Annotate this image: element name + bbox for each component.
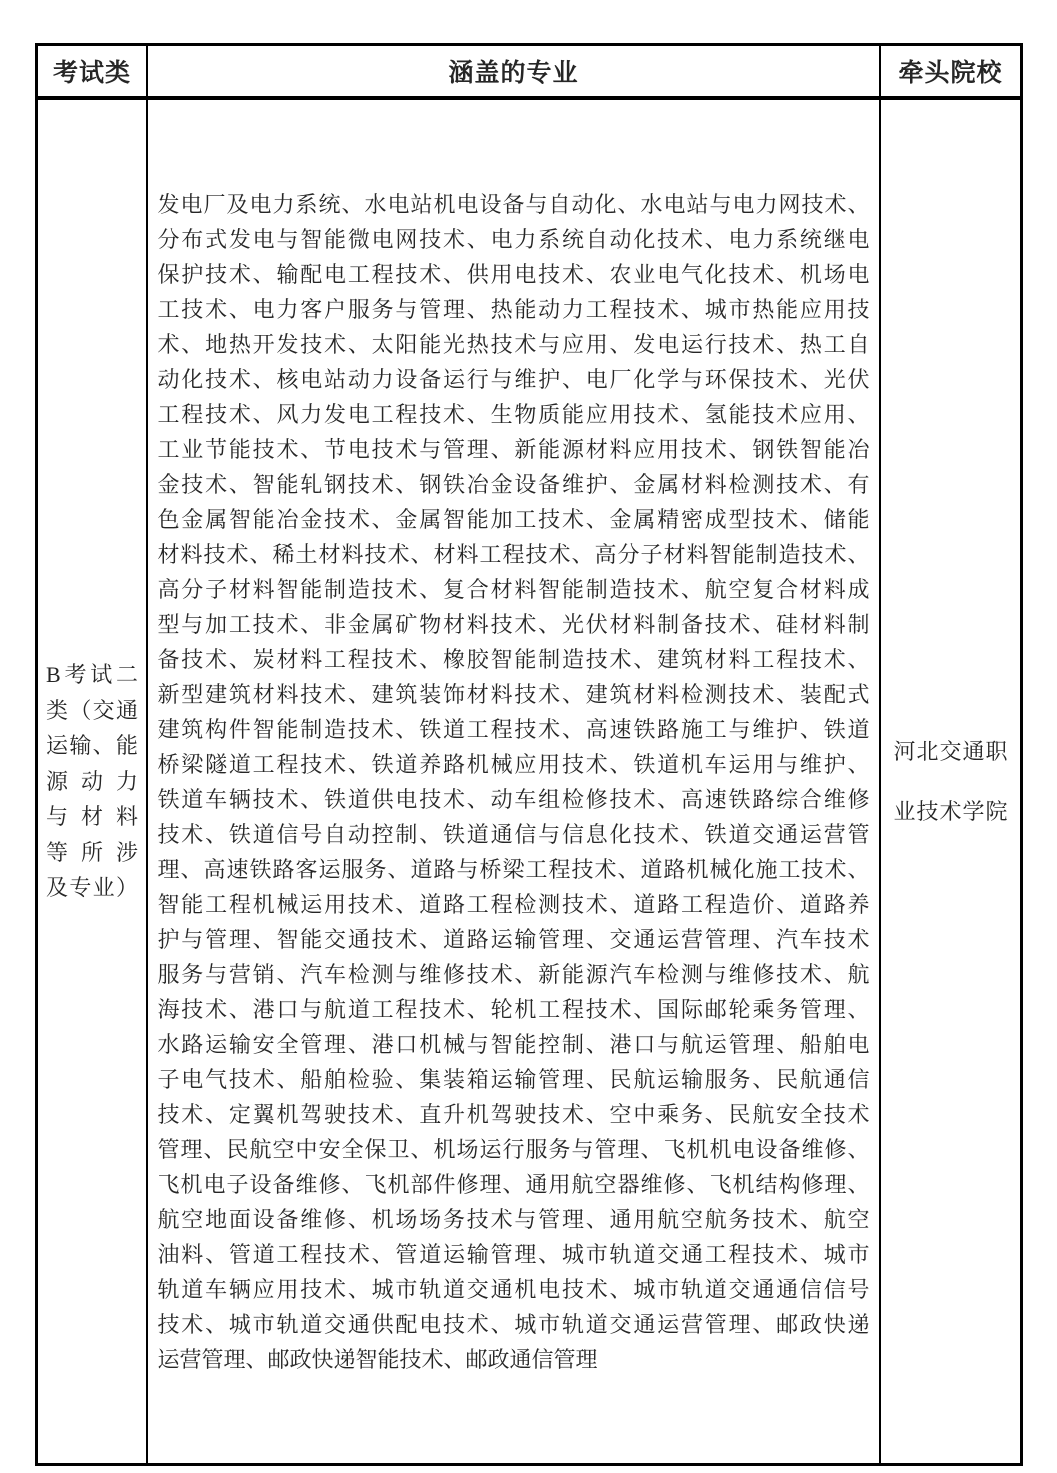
header-exam-category-label: 考试类	[53, 53, 131, 89]
header-covered-majors-label: 涵盖的专业	[448, 53, 578, 89]
exam-majors-table: 考试类 涵盖的专业 牵头院校 B考试二类（交通运输、能源动力与材料等所涉及专业）…	[35, 43, 1023, 1466]
header-lead-school-label: 牵头院校	[898, 53, 1002, 89]
exam-category-text: B考试二类（交通运输、能源动力与材料等所涉及专业）	[46, 657, 138, 906]
cell-exam-category: B考试二类（交通运输、能源动力与材料等所涉及专业）	[38, 100, 148, 1463]
cell-covered-majors: 发电厂及电力系统、水电站机电设备与自动化、水电站与电力网技术、分布式发电与智能微…	[148, 100, 881, 1463]
header-exam-category: 考试类	[38, 46, 148, 100]
lead-school-text: 河北交通职业技术学院	[894, 722, 1008, 842]
covered-majors-text: 发电厂及电力系统、水电站机电设备与自动化、水电站与电力网技术、分布式发电与智能微…	[158, 187, 870, 1377]
header-covered-majors: 涵盖的专业	[148, 46, 881, 100]
header-lead-school: 牵头院校	[881, 46, 1020, 100]
cell-lead-school: 河北交通职业技术学院	[881, 100, 1020, 1463]
